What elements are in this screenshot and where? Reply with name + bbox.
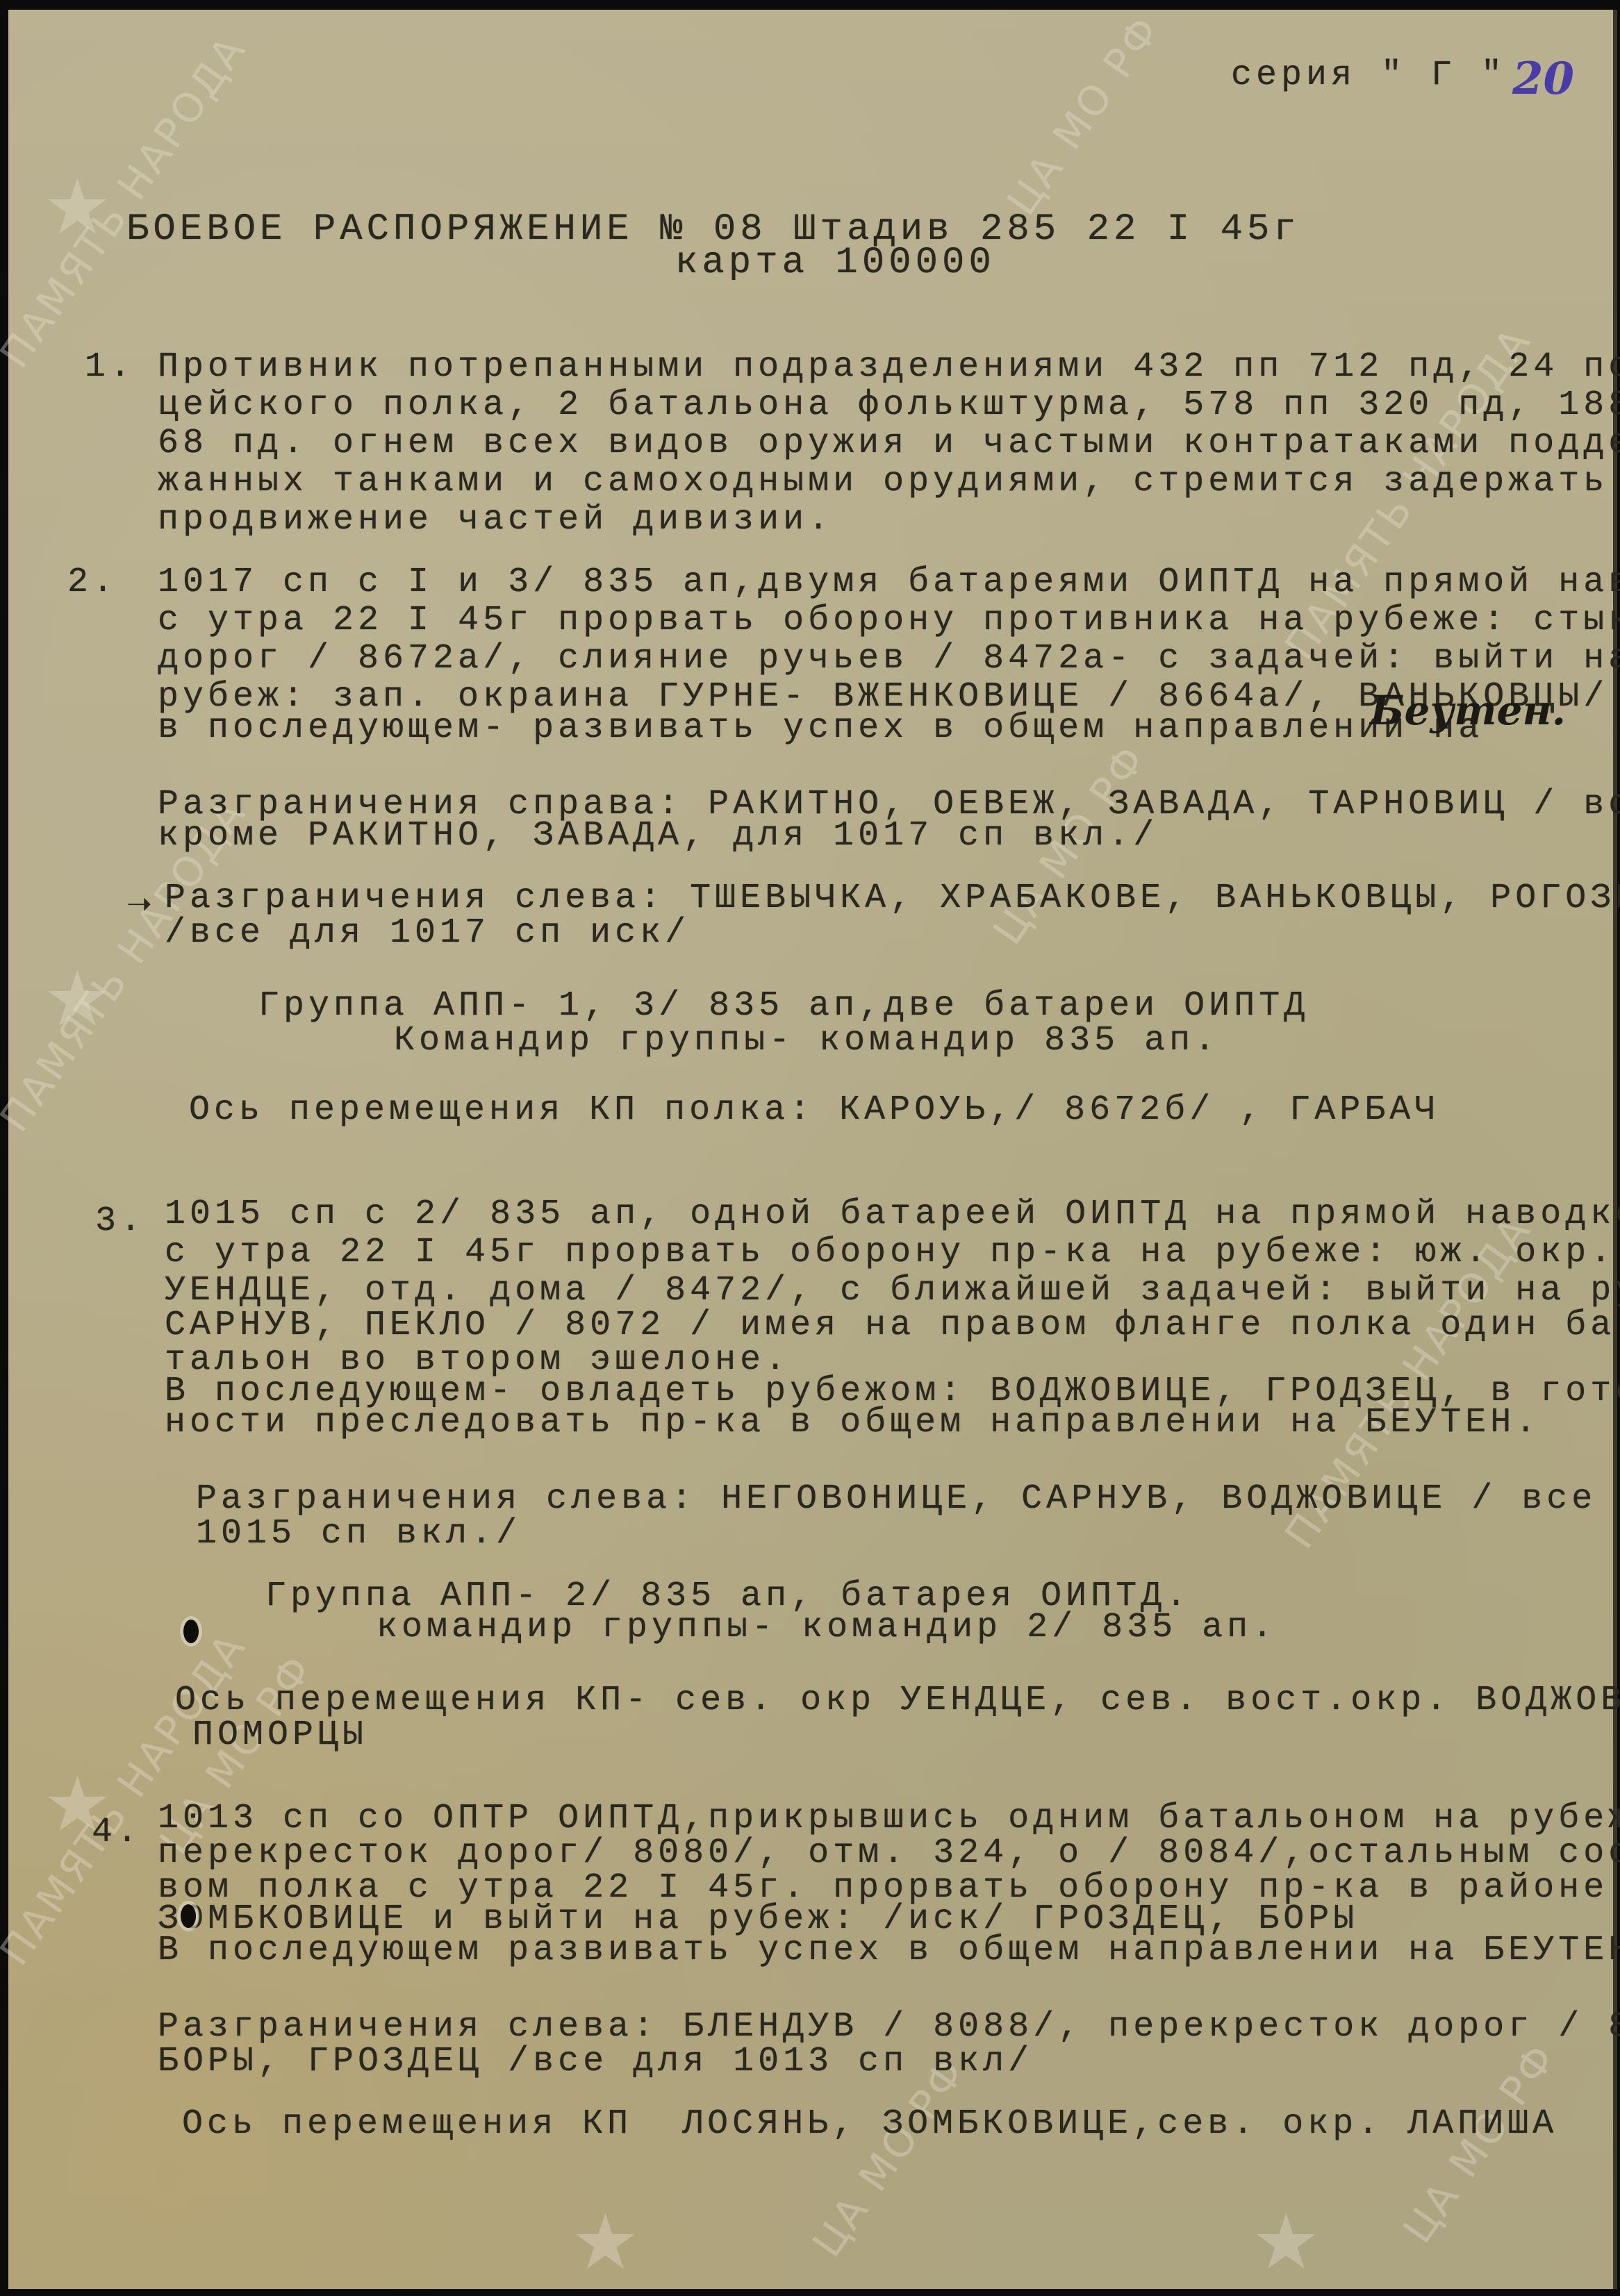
- artillery-group-commander: Командир группы- командир 835 ап.: [394, 1024, 1219, 1058]
- section-1-line: цейского полка, 2 батальона фолькштурма,…: [158, 388, 1620, 423]
- cp-axis: Ось перемещения КП полка: КАРОУЬ,/ 8672б…: [189, 1093, 1439, 1128]
- watermark-archive: ЦА МО РФ: [998, 6, 1169, 224]
- map-scale: карта 100000: [675, 244, 995, 282]
- section-1-line: продвижение частей дивизии.: [158, 503, 833, 538]
- artillery-group-commander: командир группы- командир 2/ 835 ап.: [377, 1611, 1277, 1645]
- watermark-project: ПАМЯТЬ НАРОДА: [0, 26, 256, 376]
- boundary-left: Разграничения слева: БЛЕНДУВ / 8088/, пе…: [158, 2010, 1620, 2045]
- star-icon: ★: [43, 954, 112, 1043]
- section-2-line: в последующем- развивать успех в общем н…: [158, 711, 1483, 746]
- section-number: 4.: [92, 1815, 142, 1850]
- cp-axis: Ось перемещения КП ЛОСЯНЬ, ЗОМБКОВИЦЕ,се…: [182, 2107, 1557, 2142]
- section-3-line: ности преследовать пр-ка в общем направл…: [165, 1406, 1540, 1440]
- artillery-group: Группа АПП- 1, 3/ 835 ап,две батареи ОИП…: [258, 989, 1309, 1024]
- section-2-line: с утра 22 I 45г прорвать оборону противн…: [158, 604, 1620, 638]
- section-3-line: с утра 22 I 45г прорвать оборону пр-ка н…: [165, 1236, 1615, 1270]
- series-label: серия " Г ": [1231, 58, 1506, 93]
- section-1-line: жанных танками и самоходными орудиями, с…: [158, 465, 1608, 499]
- section-3-line: САРНУВ, ПЕКЛО / 8072 / имея на правом фл…: [165, 1308, 1620, 1343]
- section-2-line: дорог / 8672а/, слияние ручьев / 8472а- …: [158, 642, 1620, 676]
- section-4-line: перекресток дорог/ 8080/, отм. 324, о / …: [158, 1836, 1620, 1871]
- section-2-line: 1017 сп с I и 3/ 835 ап,двумя батареями …: [158, 565, 1620, 600]
- document-page: ЦА МО РФ ПАМЯТЬ НАРОДА ★ ЦА МО РФ ПАМЯТЬ…: [8, 10, 1617, 2289]
- section-4-line: 1013 сп со ОПТР ОИПТД,прикрывшись одним …: [158, 1802, 1620, 1836]
- page-number: 20: [1512, 53, 1574, 105]
- boundary-left: /все для 1017 сп иск/: [165, 916, 690, 951]
- boundary-right: кроме РАКИТНО, ЗАВАДА, для 1017 сп вкл./: [158, 819, 1158, 854]
- section-4-line: В последующем развивать успех в общем на…: [158, 1933, 1620, 1968]
- punch-hole: [183, 1620, 199, 1643]
- cp-axis: ПОМОРЦЫ: [192, 1718, 367, 1753]
- boundary-left: Разграничения слева: НЕГОВОНИЦЕ, САРНУВ,…: [196, 1482, 1620, 1517]
- star-icon: ★: [1252, 2197, 1321, 2286]
- margin-tick-mark: ➝: [126, 886, 152, 922]
- boundary-left: БОРЫ, ГРОЗДЕЦ /все для 1013 сп вкл/: [158, 2045, 1033, 2079]
- handwritten-insert: Беутен.: [1370, 687, 1566, 734]
- section-number: 2.: [67, 565, 117, 600]
- section-number: 3.: [95, 1204, 145, 1239]
- section-number: 1.: [85, 350, 135, 385]
- star-icon: ★: [43, 163, 112, 251]
- boundary-left: Разграничения слева: ТШЕВЫЧКА, ХРАБАКОВЕ…: [165, 881, 1620, 916]
- star-icon: ★: [571, 2197, 640, 2286]
- cp-axis: Ось перемещения КП- сев. окр УЕНДЦЕ, сев…: [175, 1683, 1620, 1718]
- punch-hole: [181, 1904, 196, 1928]
- boundary-left: 1015 сп вкл./: [196, 1517, 521, 1552]
- section-3-line: 1015 сп с 2/ 835 ап, одной батареей ОИПТ…: [165, 1197, 1620, 1232]
- section-1-line: 68 пд. огнем всех видов оружия и частыми…: [158, 426, 1620, 461]
- section-3-line: УЕНДЦЕ, отд. дома / 8472/, с ближайшей з…: [165, 1274, 1620, 1308]
- section-1-line: Противник потрепанными подразделениями 4…: [158, 350, 1620, 385]
